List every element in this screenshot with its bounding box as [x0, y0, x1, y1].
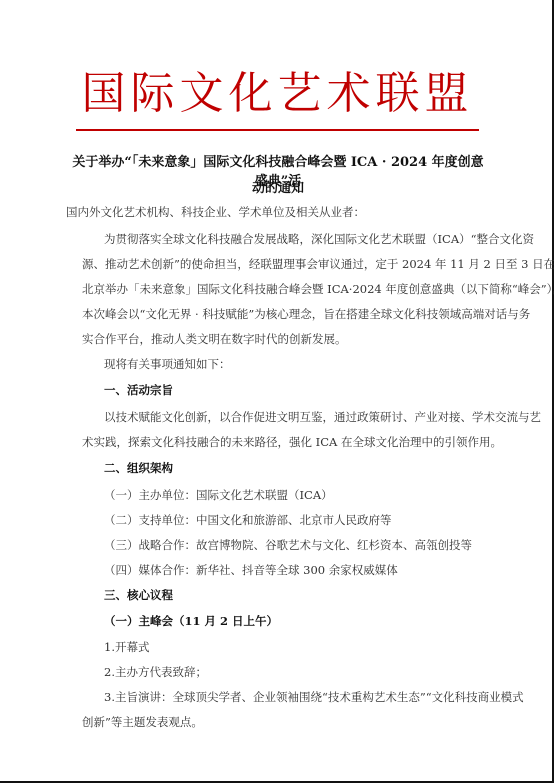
intro-line: 实合作平台，推动人类文明在数字时代的创新发展。 — [82, 331, 347, 347]
agenda-item: 2.主办方代表致辞； — [104, 664, 207, 680]
section-line: 以技术赋能文化创新，以合作促进文明互鉴，通过政策研讨、产业对接、学术交流与艺 — [104, 409, 541, 425]
intro-line: 北京举办「未来意象」国际文化科技融合峰会暨 ICA·2024 年度创意盛典（以下… — [82, 281, 554, 297]
agenda-item: 1.开幕式 — [104, 639, 149, 655]
intro-line: 源、推动艺术创新”的使命担当，经联盟理事会审议通过，定于 2024 年 11 月… — [82, 256, 554, 272]
section-line: 术实践，探索文化科技融合的未来路径，强化 ICA 在全球文化治理中的引领作用。 — [82, 434, 502, 450]
org-item: （一）主办单位：国际文化艺术联盟（ICA） — [104, 487, 333, 503]
agenda-item: 创新”等主题发表观点。 — [82, 714, 203, 730]
section-heading: 二、组织架构 — [104, 460, 173, 476]
masthead-title: 国际文化艺术联盟 — [76, 66, 479, 122]
org-item: （四）媒体合作：新华社、抖音等全球 300 余家权威媒体 — [104, 562, 398, 578]
subsection-heading: （一）主峰会（11 月 2 日上午） — [104, 613, 278, 629]
section-heading: 三、核心议程 — [104, 587, 173, 603]
masthead-divider — [76, 129, 479, 131]
document-page: 国际文化艺术联盟 关于举办“「未来意象」国际文化科技融合峰会暨 ICA · 20… — [0, 0, 554, 783]
intro-line: 本次峰会以“文化无界 · 科技赋能”为核心理念，旨在搭建全球文化科技领域高端对话… — [82, 306, 530, 322]
org-item: （二）支持单位：中国文化和旅游部、北京市人民政府等 — [104, 512, 392, 528]
intro-line: 为贯彻落实全球文化科技融合发展战略，深化国际文化艺术联盟（ICA）“整合文化资 — [104, 231, 534, 247]
notice-title-line-2: 动的通知 — [66, 177, 490, 196]
section-heading: 一、活动宗旨 — [104, 382, 173, 398]
lead-text: 现将有关事项通知如下： — [104, 356, 231, 372]
salutation: 国内外文化艺术机构、科技企业、学术单位及相关从业者： — [66, 204, 365, 220]
agenda-item: 3.主旨演讲：全球顶尖学者、企业领袖围绕“技术重构艺术生态”“文化科技商业模式 — [104, 689, 524, 705]
org-item: （三）战略合作：故宫博物院、谷歌艺术与文化、红杉资本、高瓴创投等 — [104, 537, 472, 553]
